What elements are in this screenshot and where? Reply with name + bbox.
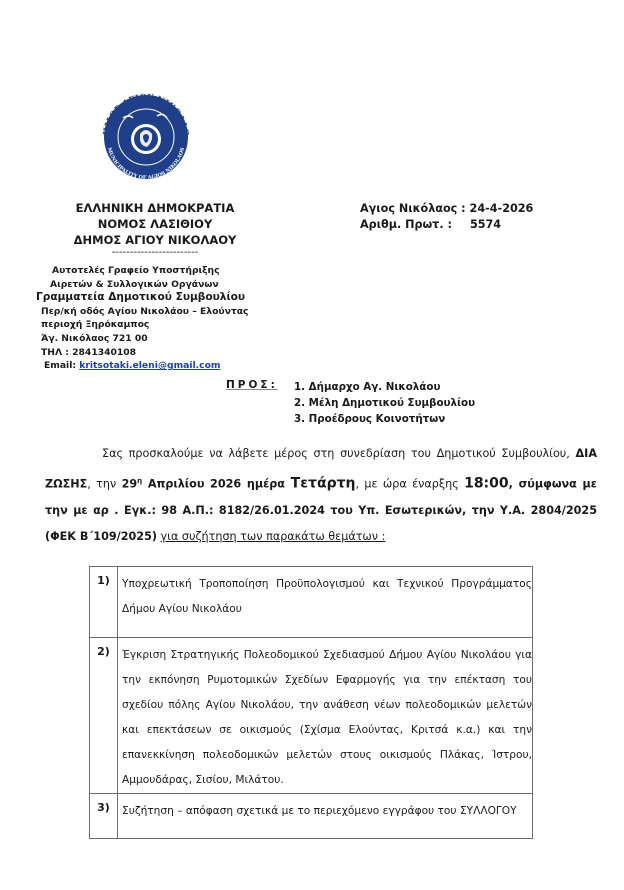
office-details: Αυτοτελές Γραφείο Υποστήριξης Αιρετών & … (36, 264, 266, 373)
meeting-month-year: Απριλίου 2026 ημέρα (142, 477, 291, 490)
place-date: Αγιος Νικόλαος : 24-4-2026 (360, 201, 533, 217)
agenda-number: 3) (90, 794, 118, 839)
agenda-number: 2) (90, 638, 118, 794)
office-phone: ΤΗΛ : 2841340108 (36, 346, 266, 360)
meeting-weekday: Τετάρτη (291, 475, 356, 491)
protocol-row: Αριθμ. Πρωτ. :5574 (360, 217, 533, 233)
agenda-text: Υποχρεωτική Τροποποίηση Προϋπολογισμού κ… (118, 567, 533, 638)
recipients-label: ΠΡΟΣ: (226, 379, 278, 391)
email-label: Email: (44, 360, 79, 371)
protocol-number: 5574 (470, 217, 501, 233)
office-area: περιοχή Ξηρόκαμπος (36, 318, 266, 332)
office-address: Περ/κή οδός Αγίου Νικολάου – Ελούντας (36, 305, 266, 319)
prefecture-name: ΝΟΜΟΣ ΛΑΣΙΘΙΟΥ (40, 216, 270, 232)
office-line-1: Αυτοτελές Γραφείο Υποστήριξης (36, 264, 266, 278)
municipality-seal-logo: ΔΗΜΟΣ ΑΓΙΟΥ ΝΙΚΟΛΑΟΥ MUNICIPALITY OF AGI… (93, 84, 199, 190)
discussion-intro: για συζήτηση των παρακάτω θεμάτων : (161, 530, 386, 543)
agenda-row: 2) Έγκριση Στρατηγικής Πολεοδομικού Σχεδ… (90, 638, 533, 794)
meeting-day: 29 (122, 477, 138, 490)
agenda-number: 1) (90, 567, 118, 638)
office-line-3: Γραμματεία Δημοτικού Συμβουλίου (36, 291, 266, 305)
office-email-row: Email: kritsotaki.eleni@gmail.com (36, 359, 266, 373)
recipients-list: 1. Δήμαρχο Αγ. Νικολάου 2. Μέλη Δημοτικο… (294, 379, 475, 427)
issuer-header: ΕΛΛΗΝΙΚΗ ΔΗΜΟΚΡΑΤΙΑ ΝΟΜΟΣ ΛΑΣΙΘΙΟΥ ΔΗΜΟΣ… (40, 200, 270, 258)
meeting-time: 18:00 (464, 475, 509, 491)
header-separator: ------------------------ (40, 248, 270, 258)
recipient-item: 1. Δήμαρχο Αγ. Νικολάου (294, 379, 475, 395)
agenda-row: 3) Συζήτηση – απόφαση σχετικά με το περι… (90, 794, 533, 839)
email-link[interactable]: kritsotaki.eleni@gmail.com (79, 360, 220, 371)
invitation-paragraph: Σας προσκαλούμε να λάβετε μέρος στη συνε… (45, 441, 597, 551)
agenda-table: 1) Υποχρεωτική Τροποποίηση Προϋπολογισμο… (89, 566, 533, 839)
recipient-item: 3. Προέδρους Κοινοτήτων (294, 411, 475, 427)
document-meta: Αγιος Νικόλαος : 24-4-2026 Αριθμ. Πρωτ. … (360, 201, 533, 233)
agenda-row: 1) Υποχρεωτική Τροποποίηση Προϋπολογισμο… (90, 567, 533, 638)
office-city-postcode: Άγ. Νικόλαος 721 00 (36, 332, 266, 346)
agenda-text: Συζήτηση – απόφαση σχετικά με το περιεχό… (118, 794, 533, 839)
agenda-text: Έγκριση Στρατηγικής Πολεοδομικού Σχεδιασ… (118, 638, 533, 794)
office-line-2: Αιρετών & Συλλογικών Οργάνων (36, 278, 266, 292)
municipality-name: ΔΗΜΟΣ ΑΓΙΟΥ ΝΙΚΟΛΑΟΥ (40, 232, 270, 248)
protocol-label: Αριθμ. Πρωτ. : (360, 218, 452, 231)
recipient-item: 2. Μέλη Δημοτικού Συμβουλίου (294, 395, 475, 411)
seal-emblem-icon: ΔΗΜΟΣ ΑΓΙΟΥ ΝΙΚΟΛΑΟΥ MUNICIPALITY OF AGI… (93, 84, 199, 190)
country-name: ΕΛΛΗΝΙΚΗ ΔΗΜΟΚΡΑΤΙΑ (40, 200, 270, 216)
